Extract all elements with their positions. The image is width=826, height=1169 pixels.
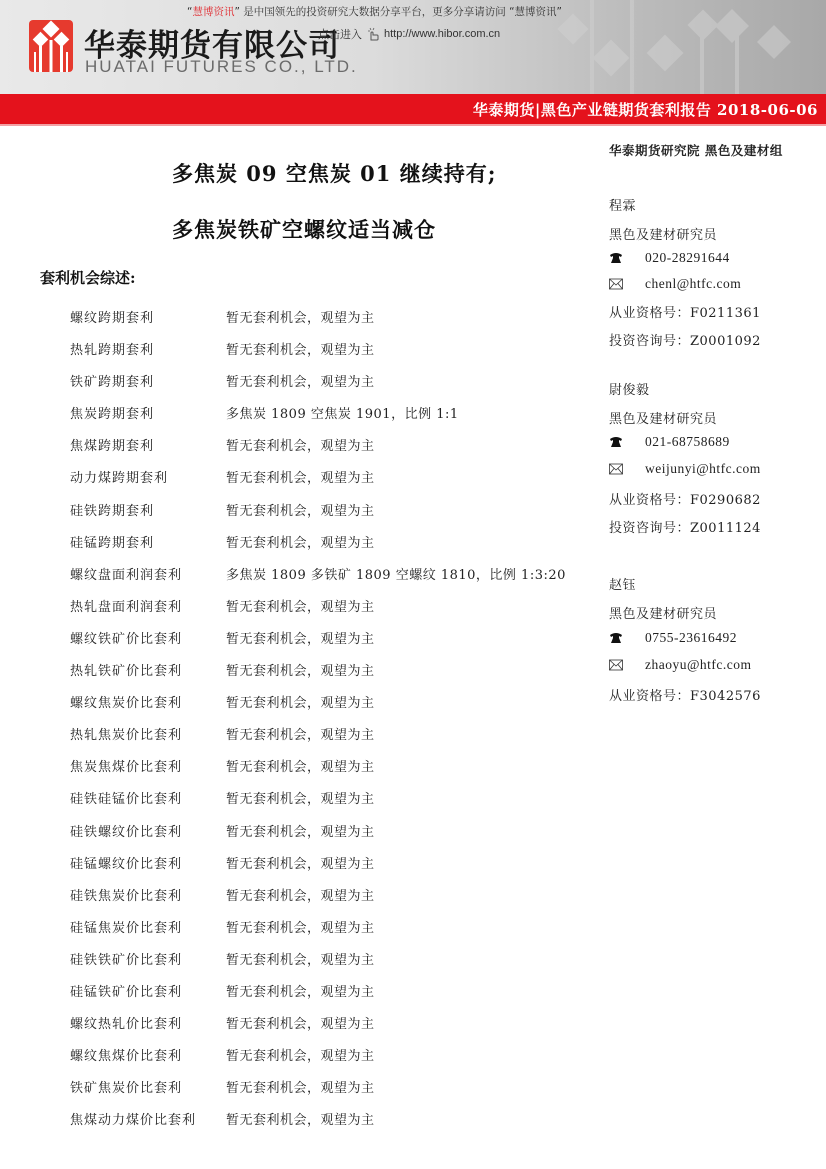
list-item: 热轧跨期套利暂无套利机会，观望为主 [70, 339, 570, 371]
decorative-diamond-pattern-icon [540, 0, 826, 94]
strategy-status: 暂无套利机会，观望为主 [226, 660, 375, 679]
strategy-status: 暂无套利机会，观望为主 [226, 596, 375, 615]
arbitrage-opportunity-list: 螺纹跨期套利暂无套利机会，观望为主 热轧跨期套利暂无套利机会，观望为主 铁矿跨期… [70, 307, 570, 1141]
analyst-email-link[interactable]: zhaoyu@htfc.com [645, 657, 752, 673]
analyst-email-row: chenl@htfc.com [609, 276, 741, 292]
strategy-name: 螺纹焦煤价比套利 [70, 1045, 226, 1064]
list-item: 螺纹跨期套利暂无套利机会，观望为主 [70, 307, 570, 339]
strategy-status: 暂无套利机会，观望为主 [226, 788, 375, 807]
list-item: 热轧盘面利润套利暂无套利机会，观望为主 [70, 596, 570, 628]
list-item: 热轧焦炭价比套利暂无套利机会，观望为主 [70, 724, 570, 756]
list-item: 螺纹焦炭价比套利暂无套利机会，观望为主 [70, 692, 570, 724]
strategy-name: 硅锰螺纹价比套利 [70, 853, 226, 872]
strategy-name: 硅铁跨期套利 [70, 500, 226, 519]
analyst-qualification-number: 从业资格号：F0211361 [609, 302, 761, 321]
hibor-ad-text: “慧博资讯” 是中国领先的投资研究大数据分享平台，更多分享请访问 “慧博资讯” [187, 4, 562, 19]
ad-line2-prefix: 点击进入 [318, 26, 362, 42]
list-item: 硅锰跨期套利暂无套利机会，观望为主 [70, 532, 570, 564]
strategy-name: 焦炭跨期套利 [70, 403, 226, 422]
analyst-email-link[interactable]: weijunyi@htfc.com [645, 461, 761, 477]
hibor-ad-link[interactable]: 点击进入 http://www.hibor.com.cn [318, 26, 500, 42]
strategy-name: 热轧铁矿价比套利 [70, 660, 226, 679]
analyst-phone: 020-28291644 [645, 250, 730, 266]
list-item: 焦炭焦煤价比套利暂无套利机会，观望为主 [70, 756, 570, 788]
huatai-logo-icon [29, 20, 73, 72]
analyst-name: 程霖 [609, 195, 636, 214]
strategy-name: 硅锰焦炭价比套利 [70, 917, 226, 936]
strategy-name: 硅锰铁矿价比套利 [70, 981, 226, 1000]
list-item: 热轧铁矿价比套利暂无套利机会，观望为主 [70, 660, 570, 692]
strategy-status: 暂无套利机会，观望为主 [226, 628, 375, 647]
list-item: 铁矿跨期套利暂无套利机会，观望为主 [70, 371, 570, 403]
strategy-status: 暂无套利机会，观望为主 [226, 467, 375, 486]
report-title-line-2: 多焦炭铁矿空螺纹适当减仓 [172, 214, 436, 244]
strategy-name: 硅铁焦炭价比套利 [70, 885, 226, 904]
strategy-status: 暂无套利机会，观望为主 [226, 981, 375, 1000]
pointer-hand-icon [366, 27, 380, 41]
list-item: 硅铁焦炭价比套利暂无套利机会，观望为主 [70, 885, 570, 917]
page-header: 华泰期货有限公司 HUATAI FUTURES CO., LTD. “慧博资讯”… [0, 0, 826, 94]
strategy-name: 螺纹焦炭价比套利 [70, 692, 226, 711]
strategy-status: 暂无套利机会，观望为主 [226, 885, 375, 904]
analyst-email-row: weijunyi@htfc.com [609, 461, 761, 477]
list-item: 硅锰焦炭价比套利暂无套利机会，观望为主 [70, 917, 570, 949]
list-item: 螺纹焦煤价比套利暂无套利机会，观望为主 [70, 1045, 570, 1077]
strategy-name: 焦煤跨期套利 [70, 435, 226, 454]
analyst-qualification-number: 从业资格号：F0290682 [609, 489, 761, 508]
strategy-status: 暂无套利机会，观望为主 [226, 339, 375, 358]
list-item: 螺纹铁矿价比套利暂无套利机会，观望为主 [70, 628, 570, 660]
strategy-name: 热轧盘面利润套利 [70, 596, 226, 615]
list-item: 动力煤跨期套利暂无套利机会，观望为主 [70, 467, 570, 499]
list-item: 硅铁铁矿价比套利暂无套利机会，观望为主 [70, 949, 570, 981]
list-item: 硅铁螺纹价比套利暂无套利机会，观望为主 [70, 821, 570, 853]
analyst-qualification-number: 从业资格号：F3042576 [609, 685, 761, 704]
list-item: 螺纹盘面利润套利多焦炭 1809 多铁矿 1809 空螺纹 1810，比例 1:… [70, 564, 570, 596]
strategy-status: 暂无套利机会，观望为主 [226, 1077, 375, 1096]
analyst-phone: 0755-23616492 [645, 630, 737, 646]
strategy-status: 暂无套利机会，观望为主 [226, 692, 375, 711]
telephone-icon [609, 436, 623, 448]
strategy-name: 螺纹热轧价比套利 [70, 1013, 226, 1032]
analyst-email-row: zhaoyu@htfc.com [609, 657, 752, 673]
strategy-status: 暂无套利机会，观望为主 [226, 917, 375, 936]
analyst-title: 黑色及建材研究员 [609, 224, 717, 243]
strategy-name: 硅铁硅锰价比套利 [70, 788, 226, 807]
strategy-name: 焦煤动力煤价比套利 [70, 1109, 226, 1128]
envelope-icon [609, 463, 623, 475]
strategy-status: 暂无套利机会，观望为主 [226, 500, 375, 519]
strategy-status: 多焦炭 1809 多铁矿 1809 空螺纹 1810，比例 1:3:20 [226, 564, 566, 583]
strategy-name: 螺纹盘面利润套利 [70, 564, 226, 583]
strategy-name: 硅铁铁矿价比套利 [70, 949, 226, 968]
strategy-status: 暂无套利机会，观望为主 [226, 435, 375, 454]
list-item: 硅铁跨期套利暂无套利机会，观望为主 [70, 500, 570, 532]
strategy-status: 暂无套利机会，观望为主 [226, 532, 375, 551]
strategy-name: 热轧焦炭价比套利 [70, 724, 226, 743]
report-banner-title: 华泰期货|黑色产业链期货套利报告 2018-06-06 [473, 99, 818, 120]
strategy-status: 暂无套利机会，观望为主 [226, 756, 375, 775]
strategy-name: 焦炭焦煤价比套利 [70, 756, 226, 775]
list-item: 硅锰螺纹价比套利暂无套利机会，观望为主 [70, 853, 570, 885]
report-banner: 华泰期货|黑色产业链期货套利报告 2018-06-06 [0, 94, 826, 126]
strategy-status: 多焦炭 1809 空焦炭 1901，比例 1:1 [226, 403, 459, 422]
strategy-status: 暂无套利机会，观望为主 [226, 307, 375, 326]
envelope-icon [609, 278, 623, 290]
company-name-en: HUATAI FUTURES CO., LTD. [85, 57, 358, 77]
analyst-phone-row: 020-28291644 [609, 250, 730, 266]
strategy-name: 螺纹跨期套利 [70, 307, 226, 326]
hibor-url-link[interactable]: http://www.hibor.com.cn [384, 28, 500, 40]
analyst-title: 黑色及建材研究员 [609, 603, 717, 622]
strategy-status: 暂无套利机会，观望为主 [226, 1045, 375, 1064]
analyst-consulting-number: 投资咨询号：Z0011124 [609, 517, 761, 536]
strategy-status: 暂无套利机会，观望为主 [226, 371, 375, 390]
analyst-email-link[interactable]: chenl@htfc.com [645, 276, 741, 292]
strategy-name: 螺纹铁矿价比套利 [70, 628, 226, 647]
list-item: 焦炭跨期套利多焦炭 1809 空焦炭 1901，比例 1:1 [70, 403, 570, 435]
list-item: 铁矿焦炭价比套利暂无套利机会，观望为主 [70, 1077, 570, 1109]
analyst-phone: 021-68758689 [645, 434, 730, 450]
strategy-name: 硅铁螺纹价比套利 [70, 821, 226, 840]
strategy-status: 暂无套利机会，观望为主 [226, 949, 375, 968]
analyst-phone-row: 021-68758689 [609, 434, 730, 450]
ad-line1-rest: ” 是中国领先的投资研究大数据分享平台，更多分享请访问 “慧博资讯” [234, 6, 562, 18]
list-item: 硅锰铁矿价比套利暂无套利机会，观望为主 [70, 981, 570, 1013]
strategy-name: 硅锰跨期套利 [70, 532, 226, 551]
analyst-consulting-number: 投资咨询号：Z0001092 [609, 330, 761, 349]
research-group-heading: 华泰期货研究院 黑色及建材组 [609, 141, 824, 159]
analyst-title: 黑色及建材研究员 [609, 408, 717, 427]
strategy-status: 暂无套利机会，观望为主 [226, 724, 375, 743]
report-title-line-1: 多焦炭 09 空焦炭 01 继续持有; [172, 158, 496, 188]
envelope-icon [609, 659, 623, 671]
analyst-phone-row: 0755-23616492 [609, 630, 737, 646]
list-item: 焦煤跨期套利暂无套利机会，观望为主 [70, 435, 570, 467]
strategy-status: 暂无套利机会，观望为主 [226, 1013, 375, 1032]
strategy-status: 暂无套利机会，观望为主 [226, 821, 375, 840]
analyst-sidebar: 华泰期货研究院 黑色及建材组 程霖 黑色及建材研究员 020-28291644 … [609, 141, 824, 159]
strategy-status: 暂无套利机会，观望为主 [226, 853, 375, 872]
telephone-icon [609, 252, 623, 264]
telephone-icon [609, 632, 623, 644]
ad-highlight: 慧博资讯 [192, 6, 234, 18]
analyst-name: 尉俊毅 [609, 379, 650, 398]
list-item: 焦煤动力煤价比套利暂无套利机会，观望为主 [70, 1109, 570, 1141]
list-item: 螺纹热轧价比套利暂无套利机会，观望为主 [70, 1013, 570, 1045]
analyst-name: 赵钰 [609, 574, 636, 593]
list-item: 硅铁硅锰价比套利暂无套利机会，观望为主 [70, 788, 570, 820]
section-heading-arbitrage-summary: 套利机会综述: [40, 267, 136, 288]
strategy-name: 动力煤跨期套利 [70, 467, 226, 486]
strategy-name: 铁矿焦炭价比套利 [70, 1077, 226, 1096]
strategy-name: 热轧跨期套利 [70, 339, 226, 358]
strategy-name: 铁矿跨期套利 [70, 371, 226, 390]
strategy-status: 暂无套利机会，观望为主 [226, 1109, 375, 1128]
